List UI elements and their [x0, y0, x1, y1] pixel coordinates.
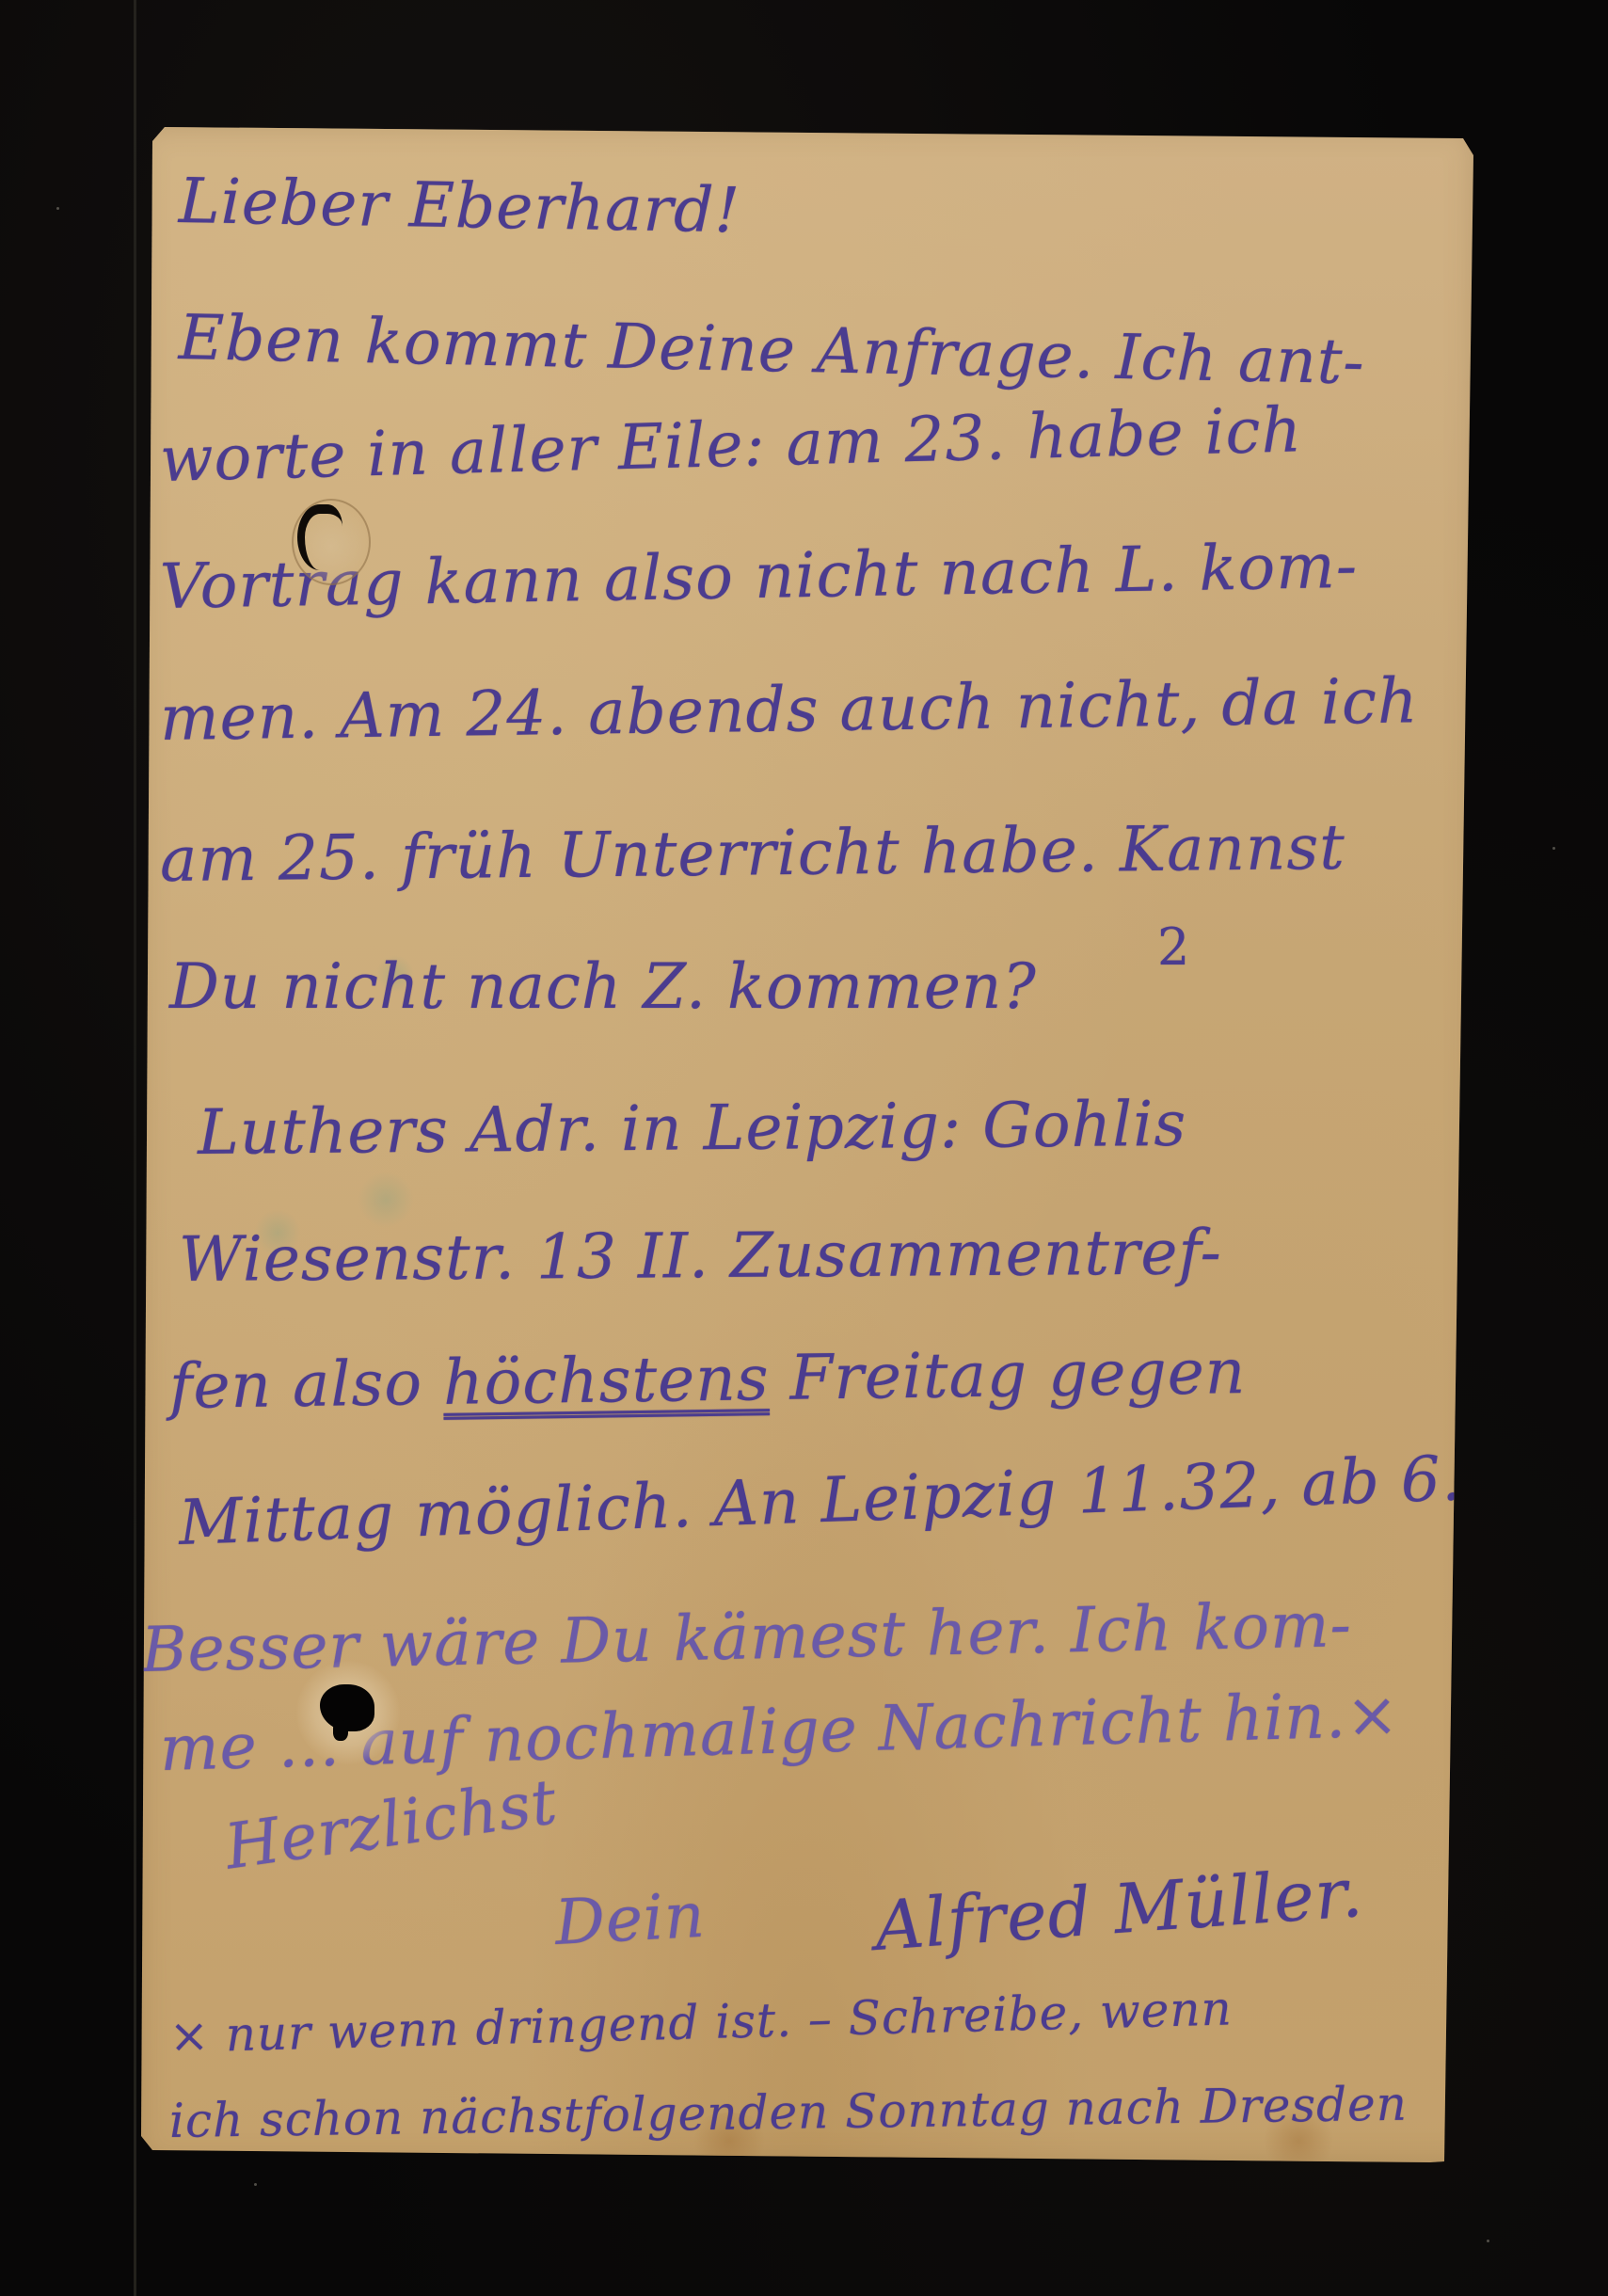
body-line-5: am 25. früh Unterricht habe. Kannst — [160, 811, 1346, 896]
body-line-2: worte in aller Eile: am 23. habe ich — [159, 393, 1303, 496]
body-line-6: Du nicht nach Z. kommen? — [169, 950, 1037, 1023]
body-line-9: fen also höchstens Freitag gegen — [168, 1335, 1246, 1423]
postcard: Lieber Eberhard! Eben kommt Deine Anfrag… — [141, 127, 1473, 2162]
body-line-7: Luthers Adr. in Leipzig: Gohlis — [198, 1088, 1187, 1169]
dust-speck — [1552, 847, 1555, 850]
emphasized-word: höchstens — [442, 1342, 770, 1419]
mount-edge-line — [134, 0, 136, 2296]
dust-speck — [1487, 2240, 1489, 2242]
body-line-1: Eben kommt Deine Anfrage. Ich ant- — [178, 301, 1365, 398]
punch-hole-bottom — [296, 1661, 400, 1764]
superscript-mark: 2 — [1157, 917, 1190, 977]
text-fen-also: fen also — [168, 1347, 422, 1423]
closing: Herzlichst — [221, 1765, 562, 1884]
burn-mark — [297, 504, 342, 570]
salutation: Lieber Eberhard! — [178, 165, 740, 247]
body-line-4: men. Am 24. abends auch nicht, da ich — [159, 664, 1419, 755]
faint-green-mark — [358, 1172, 414, 1228]
hole-core — [320, 1684, 374, 1731]
body-line-8: Wiesenstr. 13 II. Zusammentref- — [179, 1216, 1222, 1296]
footnote-line-2: ich schon nächstfolgenden Sonntag nach D… — [169, 2077, 1409, 2148]
text-freitag-gegen: Freitag gegen — [789, 1335, 1247, 1414]
dust-speck — [56, 207, 59, 210]
body-line-10: Mittag möglich. An Leipzig 11.32, ab 6.3… — [178, 1439, 1544, 1559]
punch-hole-top — [292, 499, 371, 585]
signature: Alfred Müller. — [872, 1853, 1365, 1966]
signature-prefix: Dein — [553, 1879, 707, 1959]
footnote-line-1: × nur wenn dringend ist. – Schreibe, wen… — [168, 1981, 1233, 2064]
dust-speck — [254, 2183, 257, 2186]
